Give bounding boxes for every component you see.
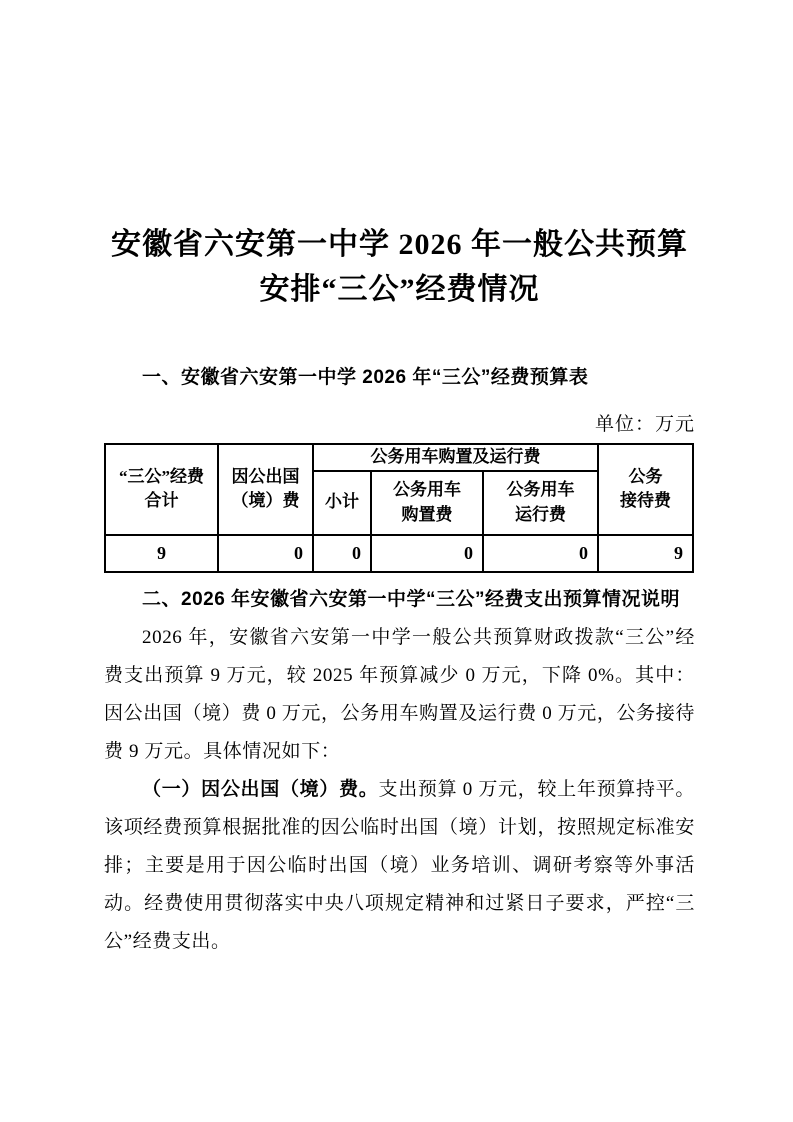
- header-cell-vehicle-purchase: 公务用车 购置费: [371, 471, 483, 535]
- paragraph-overview-text: 2026 年，安徽省六安第一中学一般公共预算财政拨款“三公”经费支出预算 9 万…: [104, 627, 695, 762]
- paragraph-abroad-body: 支出预算 0 万元，较上年预算持平。该项经费预算根据批准的因公临时出国（境）计划…: [104, 779, 695, 952]
- value-vehicle-operation: 0: [483, 535, 598, 572]
- header-cell-abroad: 因公出国 （境）费: [218, 444, 313, 535]
- document-title: 安徽省六安第一中学 2026 年一般公共预算安排“三公”经费情况: [104, 222, 695, 312]
- table-data-row: 9 0 0 0 0 9: [105, 535, 693, 572]
- header-cell-reception: 公务 接待费: [598, 444, 693, 535]
- section2-heading: 二、2026 年安徽省六安第一中学“三公”经费支出预算情况说明: [104, 581, 695, 619]
- value-vehicle-purchase: 0: [371, 535, 483, 572]
- header-cell-vehicle-subtotal: 小计: [313, 471, 371, 535]
- value-abroad: 0: [218, 535, 313, 572]
- budget-table: “三公”经费 合计 因公出国 （境）费 公务用车购置及运行费 公务 接待费 小计…: [104, 443, 694, 573]
- header-cell-vehicle-operation: 公务用车 运行费: [483, 471, 598, 535]
- header-cell-total: “三公”经费 合计: [105, 444, 218, 535]
- table-header-row-1: “三公”经费 合计 因公出国 （境）费 公务用车购置及运行费 公务 接待费: [105, 444, 693, 471]
- paragraph-overview: 2026 年，安徽省六安第一中学一般公共预算财政拨款“三公”经费支出预算 9 万…: [104, 619, 695, 771]
- value-reception: 9: [598, 535, 693, 572]
- unit-note: 单位：万元: [104, 412, 695, 438]
- document-page: 安徽省六安第一中学 2026 年一般公共预算安排“三公”经费情况 一、安徽省六安…: [0, 0, 793, 1122]
- paragraph-abroad: （一）因公出国（境）费。支出预算 0 万元，较上年预算持平。该项经费预算根据批准…: [104, 771, 695, 961]
- value-total: 9: [105, 535, 218, 572]
- paragraph-abroad-lead: （一）因公出国（境）费。: [142, 779, 378, 800]
- value-vehicle-subtotal: 0: [313, 535, 371, 572]
- header-cell-vehicle-group: 公务用车购置及运行费: [313, 444, 598, 471]
- section1-heading: 一、安徽省六安第一中学 2026 年“三公”经费预算表: [104, 364, 695, 392]
